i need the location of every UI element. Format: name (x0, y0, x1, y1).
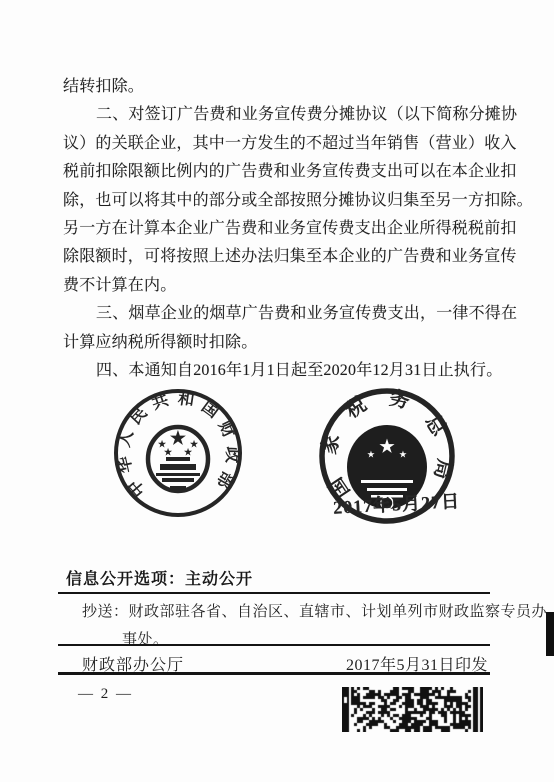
body-line: 税前扣除限额比例内的广告费和业务宣传费支出可以在本企业扣 (63, 158, 529, 186)
barcode (342, 687, 483, 732)
body-line: 费不计算在内。 (63, 272, 529, 300)
body-line: 四、本通知自2016年1月1日起至2020年12月31日止执行。 (63, 357, 529, 385)
body-line: 除限额时，可将按照上述办法归集至本企业的广告费和业务宣传 (63, 243, 529, 271)
svg-text:★: ★ (399, 450, 407, 459)
svg-text:★: ★ (164, 447, 173, 457)
separator-rule (58, 672, 490, 675)
body-line: 结转扣除。 (63, 73, 529, 101)
svg-text:★: ★ (379, 437, 395, 456)
scanned-document-page: 结转扣除。 二、对签订广告费和业务宣传费分摊协议（以下简称分摊协 议）的关联企业… (0, 0, 554, 782)
cc-line: 抄送：财政部驻各省、自治区、直辖市、计划单列市财政监察专员办 (82, 600, 547, 621)
svg-text:★: ★ (367, 450, 375, 459)
svg-text:★: ★ (184, 447, 193, 457)
separator-rule (58, 644, 490, 646)
separator-rule (58, 592, 490, 594)
page-number: — 2 — (78, 686, 133, 703)
body-line: 三、烟草企业的烟草广告费和业务宣传费支出，一律不得在 (63, 300, 529, 328)
national-emblem-icon: ★ ★ ★ ★ ★ (148, 427, 208, 491)
body-line: 二、对签订广告费和业务宣传费分摊协议（以下简称分摊协 (63, 101, 529, 129)
body-line: 计算应纳税所得额时扣除。 (63, 329, 529, 357)
document-body: 结转扣除。 二、对签订广告费和业务宣传费分摊协议（以下简称分摊协 议）的关联企业… (63, 73, 529, 385)
disclosure-option-line: 信息公开选项：主动公开 (66, 566, 253, 589)
svg-text:★: ★ (170, 428, 187, 448)
scan-artifact-mark (546, 612, 554, 656)
body-line: 另一方在计算本企业广告费和业务宣传费支出企业所得税税前扣 (63, 215, 529, 243)
body-line: 除，也可以将其中的部分或全部按照分摊协议归集至另一方扣除。 (63, 187, 529, 215)
body-line: 议）的关联企业，其中一方发生的不超过当年销售（营业）收入 (63, 130, 529, 158)
finance-ministry-seal: 中华人民共和国财政部 ★ ★ ★ ★ ★ (110, 385, 246, 521)
